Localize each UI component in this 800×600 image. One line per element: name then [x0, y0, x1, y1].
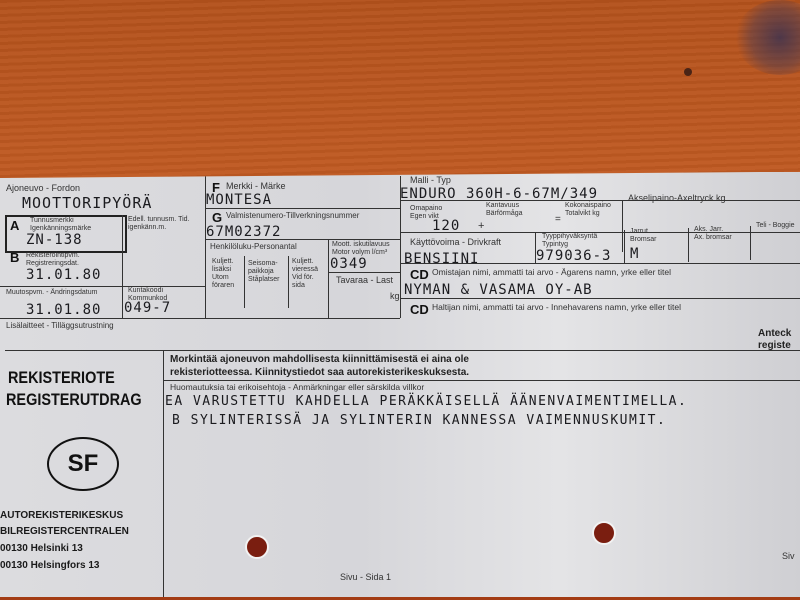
right-note-2: registe [758, 340, 791, 351]
vehicle-label: Ajoneuvo - Fordon [6, 184, 80, 192]
field-g-label: Valmistenumero-Tillverkningsnummer [226, 212, 359, 220]
trailer-label: Teli - Boggie [756, 222, 795, 230]
holder-letter: CD [410, 302, 429, 317]
owner-label: Omistajan nimi, ammatti tai arvo - Ägare… [432, 268, 671, 276]
sf-country-badge: SF [47, 437, 119, 491]
fuel-value: BENSIINI [404, 251, 479, 267]
field-b-label: Rekisteröintipvm. Registreringsdat. [26, 252, 121, 268]
accessories-label: Lisälaitteet - Tilläggsutrustning [6, 322, 114, 330]
change-date-label: Muutospvm. - Ändringsdatum [6, 289, 97, 297]
field-a-letter: A [10, 218, 19, 233]
issuer-line1: AUTOREKISTERIKESKUS [0, 510, 123, 521]
engine-volume-value: 0349 [330, 256, 368, 272]
issuer-line3: 00130 Helsinki 13 [0, 543, 83, 554]
cargo-unit: kg [390, 292, 400, 300]
type-approval-value: 979036-3 [536, 248, 611, 264]
field-a-label: Tunnusmerkki Igenkänningsmärke [30, 217, 110, 233]
page-label: Sivu - Sida 1 [340, 573, 391, 581]
notice-line2: rekisteriotteessa. Kiinnitystiedot saa a… [170, 367, 469, 378]
title-fi: REKISTERIOTE [8, 368, 115, 388]
engine-volume-label: Moott. iskutilavuus Motor volym l/cm³ [332, 241, 402, 257]
total-weight-label: Kokonaispaino Totalvikt kg [565, 202, 625, 218]
notice-line1: Morkintää ajoneuvon mahdollisesta kiinni… [170, 354, 469, 365]
persons-label: Henkilöluku-Personantal [210, 243, 297, 251]
make-value: MONTESA [206, 192, 272, 208]
field-f-label: Merkki - Märke [226, 182, 286, 190]
model-label: Malli - Typ [410, 176, 451, 184]
punch-hole-left [245, 535, 269, 559]
serial-number: 67M02372 [206, 224, 281, 240]
right-note-1: Anteck [758, 328, 791, 339]
capacity-label: Kantavuus Bärförmåga [486, 202, 546, 218]
registration-date: 31.01.80 [26, 267, 101, 283]
issuer-line2: BILREGISTERCENTRALEN [0, 526, 129, 537]
brakes-label: Jarrut Bromsar [630, 228, 666, 244]
fuel-label: Käyttövoima - Drivkraft [410, 238, 501, 246]
owner-letter: CD [410, 267, 429, 282]
field-g-letter: G [212, 210, 222, 225]
wood-spot [684, 68, 692, 76]
axle-brakes-label: Aks. Jarr. Ax. bromsar [694, 226, 734, 242]
persons-sub3: Kuljett. vieressä Vid för. sida [292, 258, 324, 290]
holder-label: Haltijan nimi, ammatti tai arvo - Inneha… [432, 303, 681, 311]
field-b-letter: B [10, 250, 19, 265]
page-label-right: Siv [782, 552, 795, 560]
equals-sign: = [555, 216, 561, 224]
persons-sub1: Kuljett. lisäksi Utom föraren [212, 258, 240, 290]
plus-sign: + [478, 222, 484, 230]
municipality-code: 049-7 [124, 300, 171, 316]
registration-document: Ajoneuvo - Fordon MOOTTORIPYÖRÄ A Tunnus… [0, 172, 800, 597]
previous-reg-label: Edell. tunnusm. Tid. igenkänn.m. [128, 216, 208, 232]
persons-sub2: Seisoma-paikkoja Ståplatser [248, 260, 284, 284]
axle-weight-label: Akselipaino-Axeltryck kg [628, 194, 726, 202]
change-date-value: 31.01.80 [26, 302, 101, 318]
brakes-value: M [630, 246, 639, 262]
type-approval-label: Tyyppihyväksyntä Typintyg [542, 233, 602, 249]
remarks-line2: B SYLINTERISSÄ JA SYLINTERIN KANNESSA VA… [172, 413, 666, 428]
punch-hole-right [592, 521, 616, 545]
issuer-line4: 00130 Helsingfors 13 [0, 560, 100, 571]
plate-number: ZN-138 [26, 232, 83, 248]
vehicle-value: MOOTTORIPYÖRÄ [22, 194, 152, 212]
owner-value: NYMAN & VASAMA OY-AB [404, 282, 593, 298]
remarks-label: Huomautuksia tai erikoisehtoja - Anmärkn… [170, 383, 424, 391]
remarks-line1: EA VARUSTETTU KAHDELLA PERÄKKÄISELLÄ ÄÄN… [165, 394, 687, 409]
cargo-label: Tavaraa - Last [336, 276, 393, 284]
title-sv: REGISTERUTDRAG [6, 390, 142, 410]
